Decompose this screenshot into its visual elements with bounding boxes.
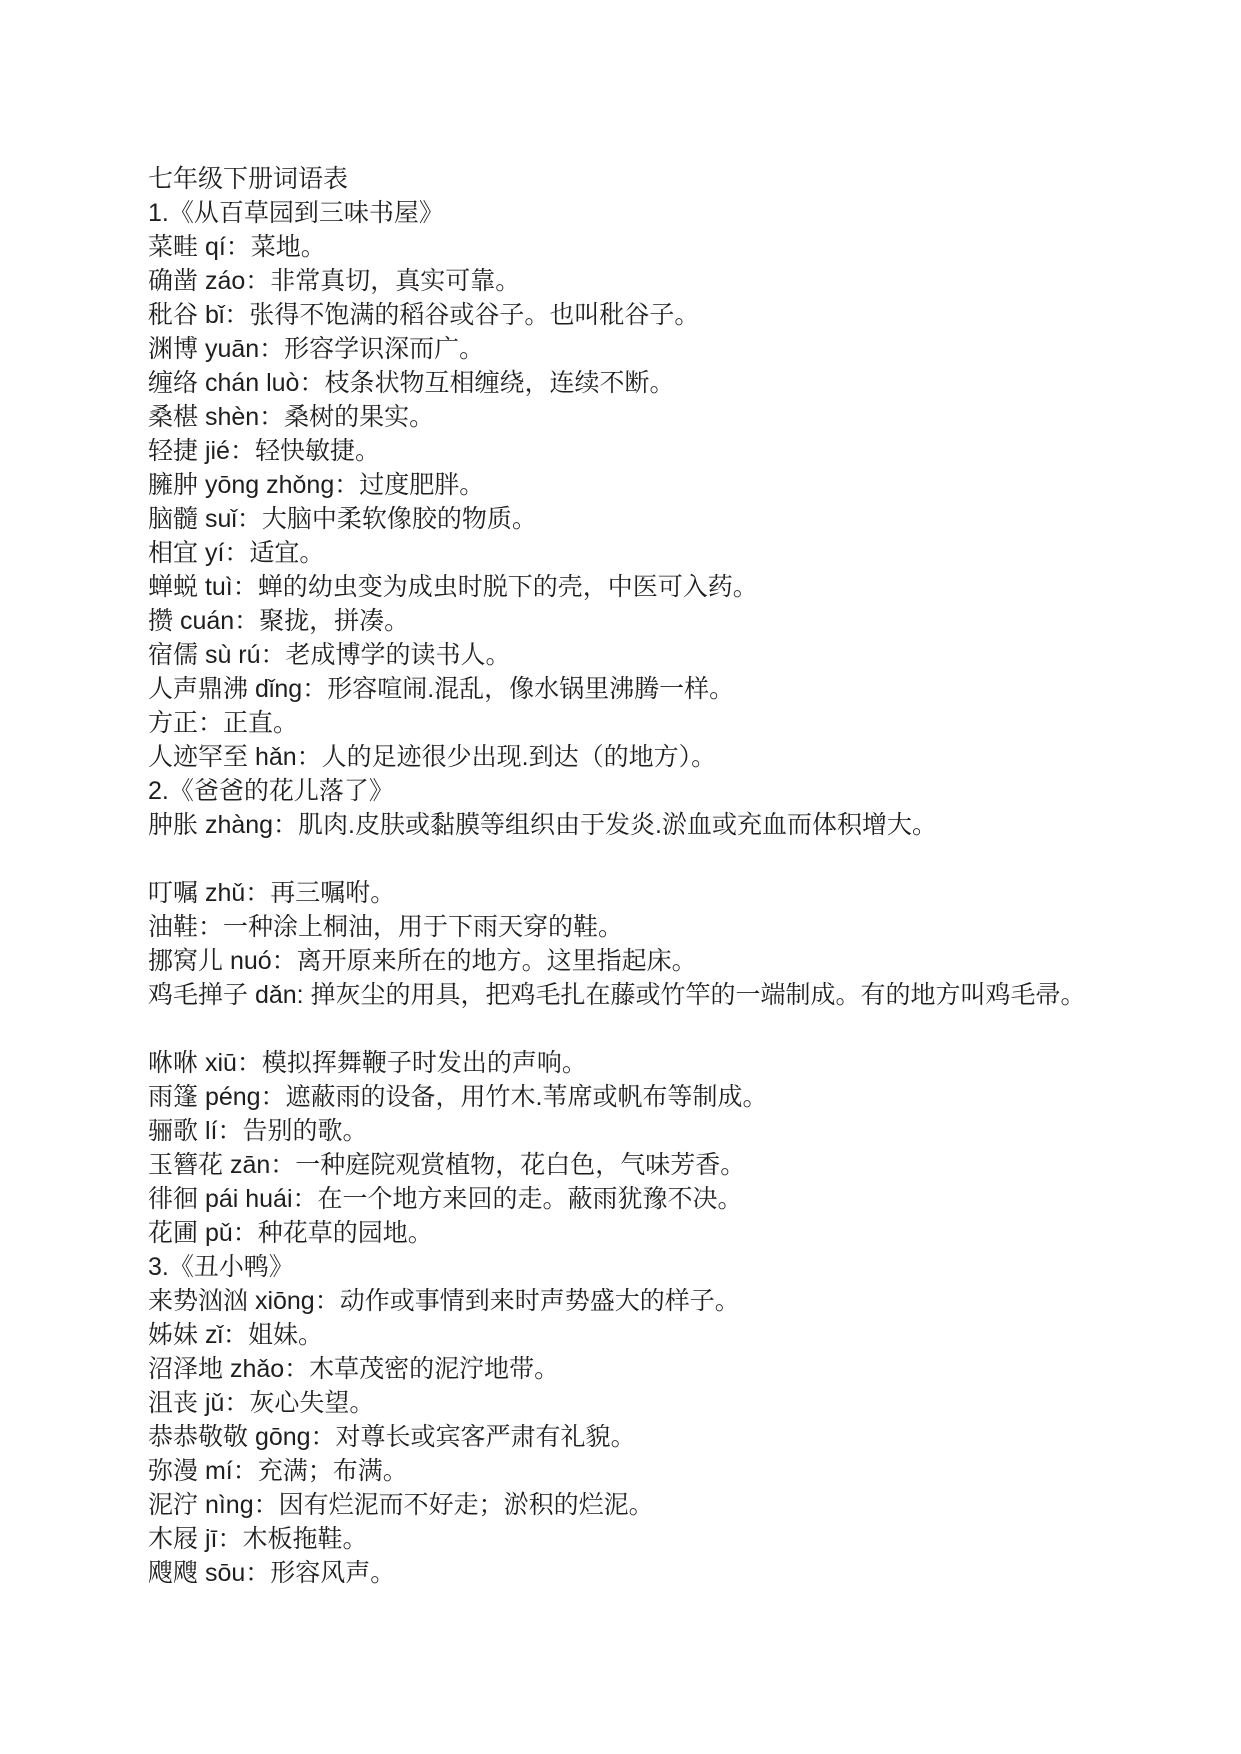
word-entry: 菜畦 qí：菜地。 [148, 230, 1211, 264]
word-entry: 轻捷 jié：轻快敏捷。 [148, 434, 1211, 468]
word-entry: 人迹罕至 hǎn：人的足迹很少出现.到达（的地方）。 [148, 740, 1211, 774]
word-lines-container: 1.《从百草园到三味书屋》菜畦 qí：菜地。确凿 záo：非常真切，真实可靠。秕… [148, 196, 1211, 1590]
word-entry: 姊妹 zǐ：姐妹。 [148, 1318, 1211, 1352]
word-entry: 飕飕 sōu：形容风声。 [148, 1556, 1211, 1590]
word-entry: 脑髓 suǐ：大脑中柔软像胶的物质。 [148, 502, 1211, 536]
word-entry: 徘徊 pái huái：在一个地方来回的走。蔽雨犹豫不决。 [148, 1182, 1211, 1216]
word-entry: 木屐 jī：木板拖鞋。 [148, 1522, 1211, 1556]
lesson-heading: 3.《丑小鸭》 [148, 1250, 1211, 1284]
word-entry: 肿胀 zhàng：肌肉.皮肤或黏膜等组织由于发炎.淤血或充血而体积增大。 [148, 808, 1211, 842]
word-entry: 叮嘱 zhǔ：再三嘱咐。 [148, 876, 1211, 910]
vocabulary-list: 七年级下册词语表 1.《从百草园到三味书屋》菜畦 qí：菜地。确凿 záo：非常… [148, 162, 1211, 1590]
blank-line [148, 1012, 1211, 1046]
document-page: 七年级下册词语表 1.《从百草园到三味书屋》菜畦 qí：菜地。确凿 záo：非常… [0, 0, 1241, 1754]
word-entry: 攒 cuán：聚拢，拼凑。 [148, 604, 1211, 638]
word-entry: 缠络 chán luò：枝条状物互相缠绕，连续不断。 [148, 366, 1211, 400]
word-entry: 桑椹 shèn：桑树的果实。 [148, 400, 1211, 434]
word-entry: 渊博 yuān：形容学识深而广。 [148, 332, 1211, 366]
word-entry: 挪窝儿 nuó：离开原来所在的地方。这里指起床。 [148, 944, 1211, 978]
doc-title: 七年级下册词语表 [148, 162, 1211, 196]
lesson-heading: 2.《爸爸的花儿落了》 [148, 774, 1211, 808]
word-entry: 弥漫 mí：充满；布满。 [148, 1454, 1211, 1488]
word-entry: 花圃 pǔ：种花草的园地。 [148, 1216, 1211, 1250]
word-entry: 雨篷 péng：遮蔽雨的设备，用竹木.苇席或帆布等制成。 [148, 1080, 1211, 1114]
word-entry: 方正：正直。 [148, 706, 1211, 740]
lesson-heading: 1.《从百草园到三味书屋》 [148, 196, 1211, 230]
word-entry: 人声鼎沸 dǐng：形容喧闹.混乱，像水锅里沸腾一样。 [148, 672, 1211, 706]
word-entry: 恭恭敬敬 gōng：对尊长或宾客严肃有礼貌。 [148, 1420, 1211, 1454]
word-entry: 骊歌 lí：告别的歌。 [148, 1114, 1211, 1148]
word-entry: 玉簪花 zān：一种庭院观赏植物，花白色，气味芳香。 [148, 1148, 1211, 1182]
word-entry: 秕谷 bǐ：张得不饱满的稻谷或谷子。也叫秕谷子。 [148, 298, 1211, 332]
word-entry: 油鞋：一种涂上桐油，用于下雨天穿的鞋。 [148, 910, 1211, 944]
word-entry: 泥泞 nìng：因有烂泥而不好走；淤积的烂泥。 [148, 1488, 1211, 1522]
word-entry: 宿儒 sù rú：老成博学的读书人。 [148, 638, 1211, 672]
word-entry: 鸡毛掸子 dǎn: 掸灰尘的用具，把鸡毛扎在藤或竹竿的一端制成。有的地方叫鸡毛帚… [148, 978, 1211, 1012]
word-entry: 来势汹汹 xiōng：动作或事情到来时声势盛大的样子。 [148, 1284, 1211, 1318]
word-entry: 沼泽地 zhǎo：木草茂密的泥泞地带。 [148, 1352, 1211, 1386]
word-entry: 沮丧 jǔ：灰心失望。 [148, 1386, 1211, 1420]
word-entry: 咻咻 xiū：模拟挥舞鞭子时发出的声响。 [148, 1046, 1211, 1080]
word-entry: 相宜 yí：适宜。 [148, 536, 1211, 570]
blank-line [148, 842, 1211, 876]
word-entry: 臃肿 yōng zhǒng：过度肥胖。 [148, 468, 1211, 502]
word-entry: 蝉蜕 tuì：蝉的幼虫变为成虫时脱下的壳，中医可入药。 [148, 570, 1211, 604]
word-entry: 确凿 záo：非常真切，真实可靠。 [148, 264, 1211, 298]
